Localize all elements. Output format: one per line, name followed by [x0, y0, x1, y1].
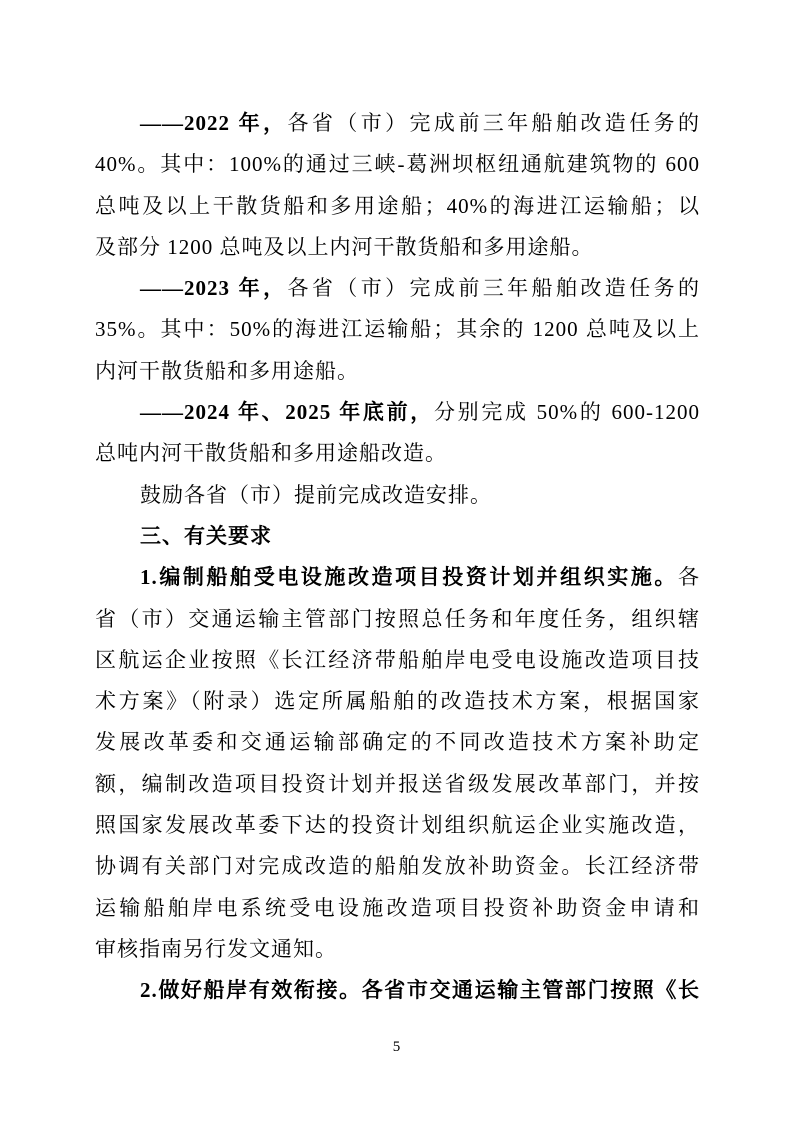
line-text: 40%。其中：100%的通过三峡-葛洲坝枢纽通航建筑物的 600 — [95, 152, 700, 176]
line-text: 审核指南另行发文通知。 — [95, 937, 337, 961]
line-bold-text: ——2022 年， — [140, 111, 287, 135]
line-text: 发展改革委和交通运输部确定的不同改造技术方案补助定 — [95, 730, 700, 754]
line-text: 各省（市）完成前三年船舶改造任务的 — [287, 111, 700, 135]
document-line: 内河干散货船和多用途船。 — [95, 351, 700, 392]
document-line: 额，编制改造项目投资计划并报送省级发展改革部门，并按 — [95, 764, 700, 805]
line-bold-text: ——2024 年、2025 年底前， — [140, 400, 434, 424]
document-body: ——2022 年，各省（市）完成前三年船舶改造任务的 40%。其中：100%的通… — [95, 103, 700, 1012]
line-bold-text: 1.编制船舶受电设施改造项目投资计划并组织实施。 — [140, 565, 678, 589]
line-text: 总吨内河干散货船和多用途船改造。 — [95, 441, 447, 465]
document-line: 及部分 1200 总吨及以上内河干散货船和多用途船。 — [95, 227, 700, 268]
line-text: 及部分 1200 总吨及以上内河干散货船和多用途船。 — [95, 235, 594, 259]
document-line: 35%。其中：50%的海进江运输船；其余的 1200 总吨及以上 — [95, 309, 700, 350]
line-text: 术方案》（附录）选定所属船舶的改造技术方案，根据国家 — [95, 689, 700, 713]
line-text: 总吨及以上干散货船和多用途船；40%的海进江运输船；以 — [95, 194, 700, 218]
document-line: ——2024 年、2025 年底前，分别完成 50%的 600-1200 — [95, 392, 700, 433]
document-line: ——2023 年，各省（市）完成前三年船舶改造任务的 — [95, 268, 700, 309]
line-bold-text: ——2023 年， — [140, 276, 287, 300]
line-text: 额，编制改造项目投资计划并报送省级发展改革部门，并按 — [95, 772, 700, 796]
document-line: 40%。其中：100%的通过三峡-葛洲坝枢纽通航建筑物的 600 — [95, 144, 700, 185]
document-line: 协调有关部门对完成改造的船舶发放补助资金。长江经济带 — [95, 846, 700, 887]
line-text: 各 — [678, 565, 700, 589]
document-line: 鼓励各省（市）提前完成改造安排。 — [95, 475, 700, 516]
document-line: 2.做好船岸有效衔接。各省市交通运输主管部门按照《长 — [95, 970, 700, 1011]
line-text: 内河干散货船和多用途船。 — [95, 359, 359, 383]
line-text: 运输船舶岸电系统受电设施改造项目投资补助资金申请和 — [95, 896, 700, 920]
line-text: 35%。其中：50%的海进江运输船；其余的 1200 总吨及以上 — [95, 317, 700, 341]
document-line: 总吨及以上干散货船和多用途船；40%的海进江运输船；以 — [95, 186, 700, 227]
line-text: 协调有关部门对完成改造的船舶发放补助资金。长江经济带 — [95, 854, 700, 878]
document-line: ——2022 年，各省（市）完成前三年船舶改造任务的 — [95, 103, 700, 144]
document-page: ——2022 年，各省（市）完成前三年船舶改造任务的 40%。其中：100%的通… — [0, 0, 793, 1122]
document-line: 省（市）交通运输主管部门按照总任务和年度任务，组织辖 — [95, 599, 700, 640]
page-number: 5 — [0, 1036, 793, 1058]
document-line: 术方案》（附录）选定所属船舶的改造技术方案，根据国家 — [95, 681, 700, 722]
line-text: 分别完成 50%的 600-1200 — [434, 400, 700, 424]
document-line: 1.编制船舶受电设施改造项目投资计划并组织实施。各 — [95, 557, 700, 598]
heading-text: 三、有关要求 — [140, 525, 272, 548]
line-text: 区航运企业按照《长江经济带船舶岸电受电设施改造项目技 — [95, 648, 700, 672]
line-bold-text: 2.做好船岸有效衔接。各省市交通运输主管部门按照《长 — [140, 978, 700, 1002]
line-text: 鼓励各省（市）提前完成改造安排。 — [140, 483, 492, 507]
document-line: 区航运企业按照《长江经济带船舶岸电受电设施改造项目技 — [95, 640, 700, 681]
line-text: 省（市）交通运输主管部门按照总任务和年度任务，组织辖 — [95, 607, 700, 631]
section-heading: 三、有关要求 — [95, 516, 700, 557]
document-line: 照国家发展改革委下达的投资计划组织航运企业实施改造， — [95, 805, 700, 846]
document-line: 总吨内河干散货船和多用途船改造。 — [95, 433, 700, 474]
document-line: 审核指南另行发文通知。 — [95, 929, 700, 970]
document-line: 发展改革委和交通运输部确定的不同改造技术方案补助定 — [95, 722, 700, 763]
line-text: 照国家发展改革委下达的投资计划组织航运企业实施改造， — [95, 813, 700, 837]
document-line: 运输船舶岸电系统受电设施改造项目投资补助资金申请和 — [95, 888, 700, 929]
line-text: 各省（市）完成前三年船舶改造任务的 — [287, 276, 700, 300]
